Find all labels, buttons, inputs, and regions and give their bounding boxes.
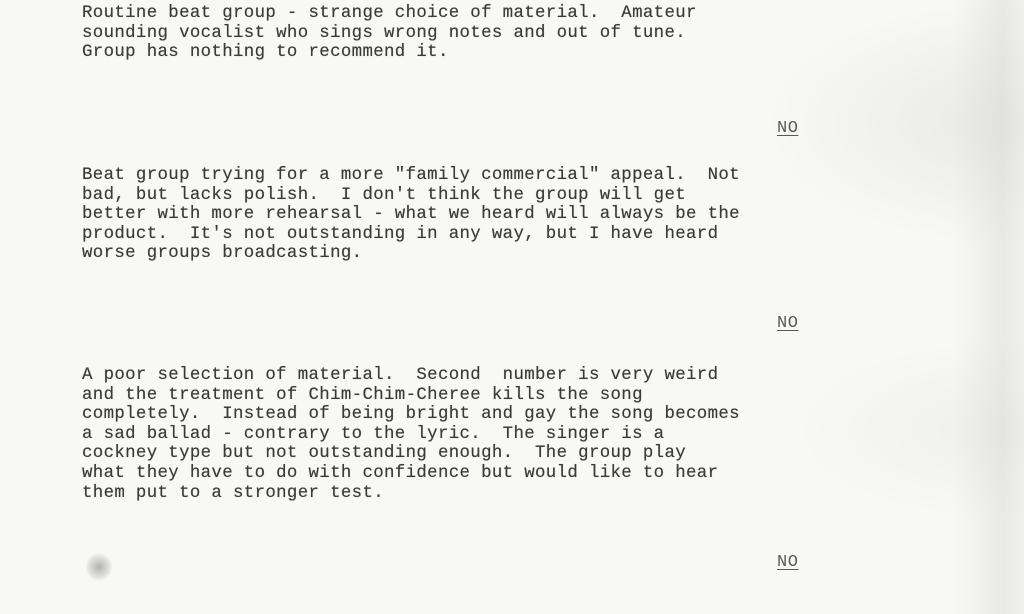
entry-line: sounding vocalist who sings wrong notes … — [82, 24, 982, 44]
entry-line: a sad ballad - contrary to the lyric. Th… — [82, 425, 982, 445]
report-entry-2: Beat group trying for a more "family com… — [82, 166, 982, 264]
entry-line: bad, but lacks polish. I don't think the… — [82, 186, 982, 206]
entry-line: worse groups broadcasting. — [82, 244, 982, 264]
entry-line: Group has nothing to recommend it. — [82, 43, 982, 63]
entry-line: what they have to do with confidence but… — [82, 464, 982, 484]
entry-line: them put to a stronger test. — [82, 484, 982, 504]
document-page: Routine beat group - strange choice of m… — [0, 0, 1024, 614]
paper-fold-shadow — [954, 0, 1024, 614]
verdict-label: NO — [777, 314, 798, 333]
entry-line: and the treatment of Chim-Chim-Cheree ki… — [82, 386, 982, 406]
verdict-label: NO — [777, 553, 798, 572]
entry-line: completely. Instead of being bright and … — [82, 405, 982, 425]
entry-line: better with more rehearsal - what we hea… — [82, 205, 982, 225]
entry-line: Routine beat group - strange choice of m… — [82, 4, 982, 24]
entry-line: Beat group trying for a more "family com… — [82, 166, 982, 186]
report-entry-1: Routine beat group - strange choice of m… — [82, 4, 982, 63]
report-entry-3: A poor selection of material. Second num… — [82, 366, 982, 503]
entry-line: product. It's not outstanding in any way… — [82, 225, 982, 245]
verdict-label: NO — [777, 119, 798, 138]
entry-line: cockney type but not outstanding enough.… — [82, 444, 982, 464]
entry-line: A poor selection of material. Second num… — [82, 366, 982, 386]
ink-smudge — [86, 553, 112, 581]
